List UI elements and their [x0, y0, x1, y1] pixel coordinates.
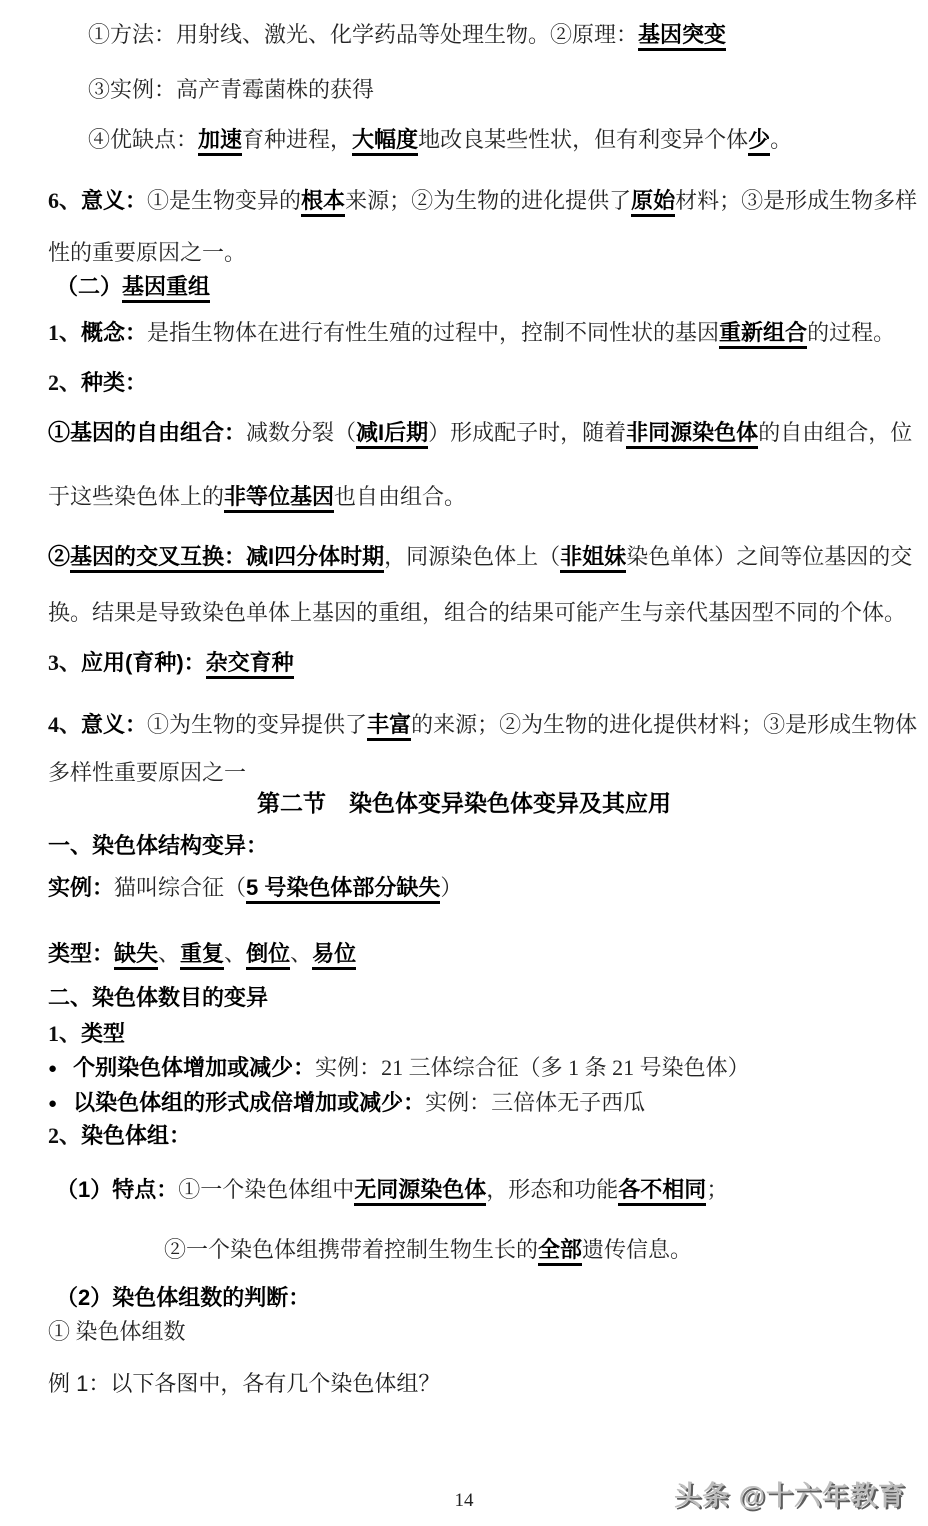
term-deletion: 缺失 — [114, 941, 158, 970]
label-types: 类型： — [48, 941, 114, 966]
line-number-types: 1、类型 — [48, 1019, 880, 1049]
item-number: 1、 — [48, 1021, 81, 1046]
page-number: 14 — [0, 1490, 928, 1512]
heading-chromosome-number-variation: 二、染色体数目的变异 — [48, 983, 880, 1013]
term-inversion: 倒位 — [246, 941, 290, 970]
line-structure-types: 类型：缺失、重复、倒位、易位 — [48, 939, 880, 969]
text-run: ； — [706, 1177, 728, 1202]
heading-text: 二、染色体数目的变异 — [48, 985, 268, 1010]
line-mutation-significance: 6、意义：①是生物变异的根本来源；②为生物的进化提供了原始材料；③是形成生物多样 — [48, 186, 880, 216]
text-separator: 、 — [290, 941, 312, 966]
heading-gene-recombination: （二）基因重组 — [48, 272, 880, 302]
line-free-combination: ①基因的自由组合：减数分裂（减I后期）形成配子时，随着非同源染色体的自由组合，位 — [48, 418, 880, 448]
line-set-number-judgment: （2）染色体组数的判断： — [48, 1283, 880, 1313]
bullet-dot-icon: ● — [48, 1061, 57, 1077]
text-run: 遗传信息。 — [582, 1237, 692, 1262]
label-types: 类型 — [81, 1021, 125, 1046]
text-run: 也自由组合。 — [334, 484, 466, 509]
text-run: ①是生物变异的 — [147, 188, 301, 213]
heading-section2-title: 第二节 染色体变异染色体变异及其应用 — [48, 788, 880, 819]
document-content: ①方法：用射线、激光、化学药品等处理生物。②原理：基因突变 ③实例：高产青霉菌株… — [0, 20, 928, 1399]
item-number: 3、 — [48, 650, 81, 675]
heading-text: 一、染色体结构变异： — [48, 833, 268, 858]
label-example: 实例： — [48, 875, 114, 900]
text-run: 换。结果是导致染色单体上基因的重组，组合的结果可能产生与亲代基因型不同的个体。 — [48, 600, 906, 625]
text-run: 实例：三倍体无子西瓜 — [425, 1090, 645, 1115]
line-free-combination-cont: 于这些染色体上的非等位基因也自由组合。 — [48, 482, 880, 512]
text-run: ①一个染色体组中 — [178, 1177, 354, 1202]
label-free-combination: ①基因的自由组合： — [48, 420, 246, 445]
term-chr5-partial-deletion: 5 号染色体部分缺失 — [246, 875, 440, 904]
text-run: 来源；②为生物的进化提供了 — [345, 188, 631, 213]
line-set-characteristics-2: ②一个染色体组携带着控制生物生长的全部遗传信息。 — [48, 1235, 880, 1265]
text-run: 染色单体）之间等位基因的交 — [626, 544, 912, 569]
text-run: 的自由组合，位 — [758, 420, 912, 445]
text-run: ②一个染色体组携带着控制生物生长的 — [164, 1237, 538, 1262]
label-significance: 意义： — [81, 188, 147, 213]
label-chromosome-set: 染色体组： — [81, 1123, 191, 1148]
line-set-characteristics-1: （1）特点：①一个染色体组中无同源染色体，形态和功能各不相同； — [48, 1175, 880, 1205]
label-application: 应用(育种)： — [81, 650, 206, 675]
text-run: 于这些染色体上的 — [48, 484, 224, 509]
line-mutation-significance-cont: 性的重要原因之一。 — [48, 238, 880, 268]
heading-chromosome-structure-variation: 一、染色体结构变异： — [48, 831, 880, 861]
line-mutation-example: ③实例：高产青霉菌株的获得 — [48, 75, 880, 105]
term-accelerate: 加速 — [198, 127, 242, 156]
term-non-homologous: 非同源染色体 — [626, 420, 758, 449]
term-gene-recombination: 基因重组 — [122, 274, 210, 303]
item-number: 2、 — [48, 370, 81, 395]
bullet-dot-icon: ● — [48, 1096, 57, 1112]
text-run: 的来源；②为生物的进化提供材料；③是形成生物体 — [411, 712, 917, 737]
term-large-scale: 大幅度 — [352, 127, 418, 156]
label-types: 种类： — [81, 370, 147, 395]
term-rich: 丰富 — [367, 712, 411, 741]
term-cross-breeding: 杂交育种 — [206, 650, 294, 679]
label-concept: 概念： — [81, 320, 147, 345]
text-run: 材料；③是形成生物多样 — [675, 188, 917, 213]
text-run: 减数分裂（ — [246, 420, 356, 445]
item-circled-number: ② — [48, 544, 70, 569]
text-run: ① 染色体组数 — [48, 1319, 186, 1344]
term-few: 少 — [748, 127, 770, 156]
section-title: 第二节 染色体变异染色体变异及其应用 — [257, 790, 671, 816]
line-recombination-significance: 4、意义：①为生物的变异提供了丰富的来源；②为生物的进化提供材料；③是形成生物体 — [48, 710, 880, 740]
term-no-homologous: 无同源染色体 — [354, 1177, 486, 1206]
term-all-different: 各不相同 — [618, 1177, 706, 1206]
text-separator: 、 — [224, 941, 246, 966]
label-significance: 意义： — [81, 712, 147, 737]
label-characteristics: （1）特点： — [56, 1177, 178, 1202]
line-mutation-method-principle: ①方法：用射线、激光、化学药品等处理生物。②原理：基因突变 — [48, 20, 880, 50]
term-tetrad-stage: 减I四分体时期 — [246, 544, 384, 573]
text-run: 实例：21 三体综合征（多 1 条 21 号染色体） — [315, 1055, 750, 1080]
bullet-individual-chromosome-change: ●个别染色体增加或减少：实例：21 三体综合征（多 1 条 21 号染色体） — [48, 1053, 880, 1084]
term-meiosis1-anaphase: 减I后期 — [356, 420, 428, 449]
text-run: ） — [440, 875, 462, 900]
term-duplication: 重复 — [180, 941, 224, 970]
text-run: 多样性重要原因之一 — [48, 760, 246, 785]
line-crossing-over: ②基因的交叉互换：减I四分体时期，同源染色体上（非姐妹染色单体）之间等位基因的交 — [48, 542, 880, 572]
item-number: 2、 — [48, 1123, 81, 1148]
heading-number: （二） — [56, 274, 122, 299]
text-run: 猫叫综合征（ — [114, 875, 246, 900]
line-structure-example: 实例：猫叫综合征（5 号染色体部分缺失） — [48, 873, 880, 903]
text-run: ③实例：高产青霉菌株的获得 — [88, 77, 374, 102]
line-crossing-over-cont: 换。结果是导致染色单体上基因的重组，组合的结果可能产生与亲代基因型不同的个体。 — [48, 598, 880, 628]
label-set-change: 以染色体组的形式成倍增加或减少： — [73, 1090, 425, 1115]
text-run: ①方法：用射线、激光、化学药品等处理生物。②原理： — [88, 22, 638, 47]
term-recombine: 重新组合 — [719, 320, 807, 349]
term-non-allelic: 非等位基因 — [224, 484, 334, 513]
line-recombination-significance-cont: 多样性重要原因之一 — [48, 758, 880, 788]
text-run: ，同源染色体上（ — [384, 544, 560, 569]
line-example1-question: 例 1：以下各图中，各有几个染色体组？ — [48, 1369, 880, 1399]
item-number: 4、 — [48, 712, 81, 737]
text-run: 性的重要原因之一。 — [48, 240, 246, 265]
term-crossing-over: 基因的交叉互换： — [70, 544, 246, 573]
item-number: 1、 — [48, 320, 81, 345]
line-recombination-concept: 1、概念：是指生物体在进行有性生殖的过程中，控制不同性状的基因重新组合的过程。 — [48, 318, 880, 348]
text-run: ，形态和功能 — [486, 1177, 618, 1202]
text-run: ）形成配子时，随着 — [428, 420, 626, 445]
term-non-sister: 非姐妹 — [560, 544, 626, 573]
term-all-genetic-info: 全部 — [538, 1237, 582, 1266]
document-page: ①方法：用射线、激光、化学药品等处理生物。②原理：基因突变 ③实例：高产青霉菌株… — [0, 0, 928, 1526]
term-fundamental: 根本 — [301, 188, 345, 217]
text-run: ④优缺点： — [88, 127, 198, 152]
text-separator: 、 — [158, 941, 180, 966]
term-gene-mutation: 基因突变 — [638, 22, 726, 51]
text-run: ①为生物的变异提供了 — [147, 712, 367, 737]
item-number: 6、 — [48, 188, 81, 213]
bullet-chromosome-set-change: ●以染色体组的形式成倍增加或减少：实例：三倍体无子西瓜 — [48, 1088, 880, 1119]
label-individual-change: 个别染色体增加或减少： — [73, 1055, 315, 1080]
text-run: 的过程。 — [807, 320, 895, 345]
text-run: 地改良某些性状，但有利变异个体 — [418, 127, 748, 152]
term-original: 原始 — [631, 188, 675, 217]
text-run: 例 1：以下各图中，各有几个染色体组？ — [48, 1371, 440, 1396]
line-set-number-item: ① 染色体组数 — [48, 1317, 880, 1347]
term-translocation: 易位 — [312, 941, 356, 970]
line-recombination-types: 2、种类： — [48, 368, 880, 398]
line-mutation-pros-cons: ④优缺点：加速育种进程，大幅度地改良某些性状，但有利变异个体少。 — [48, 125, 880, 155]
text-run: 。 — [770, 127, 792, 152]
line-recombination-application: 3、应用(育种)：杂交育种 — [48, 648, 880, 678]
line-chromosome-set: 2、染色体组： — [48, 1121, 880, 1151]
label-judgment: （2）染色体组数的判断： — [56, 1285, 310, 1310]
text-run: 是指生物体在进行有性生殖的过程中，控制不同性状的基因 — [147, 320, 719, 345]
text-run: 育种进程， — [242, 127, 352, 152]
